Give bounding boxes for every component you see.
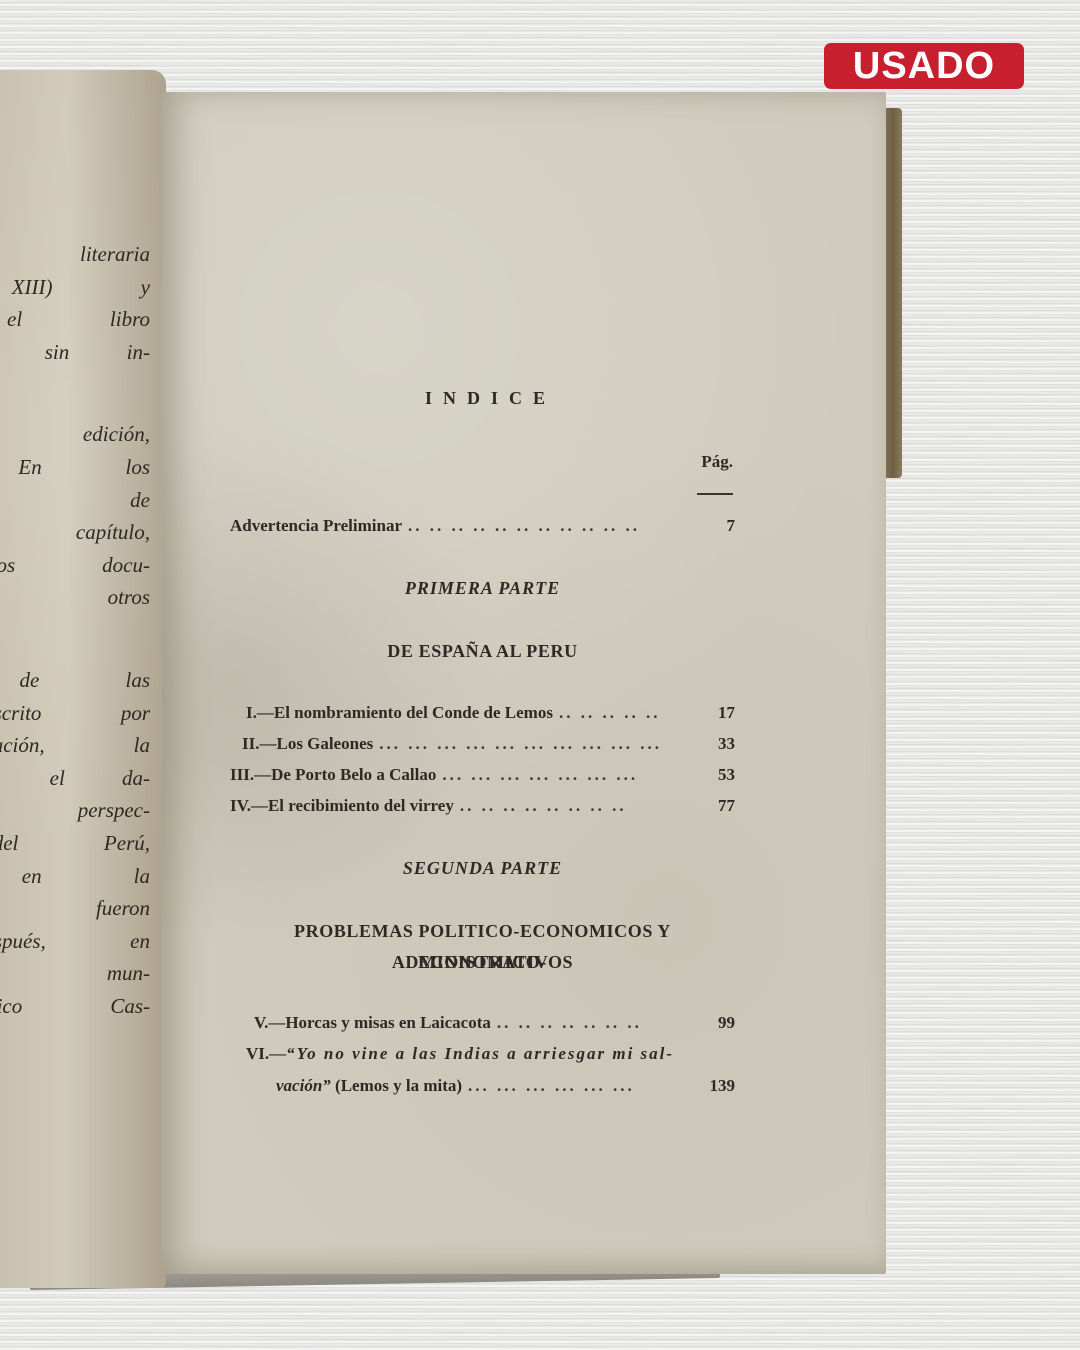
toc-entry-label: Advertencia Preliminar: [230, 516, 402, 536]
left-page-line: de Lemos, sin in-: [0, 336, 150, 369]
toc-entry-label: V.—Horcas y misas en Laicacota: [254, 1013, 491, 1033]
toc-page-number: 17: [705, 703, 735, 723]
toc-entry-label: vación” (Lemos y la mita): [276, 1076, 462, 1096]
paragraph-gap: [0, 614, 150, 664]
toc-entry-label: I.—El nombramiento del Conde de Lemos: [246, 703, 553, 723]
index-title: INDICE: [230, 388, 743, 409]
left-page-text: ctividad literaria Capítulo XIII) y Term…: [0, 238, 150, 1022]
toc-page-number: 99: [705, 1013, 735, 1033]
toc-entry-label: VI.—“Yo no vine a las Indias a arriesgar…: [246, 1044, 674, 1064]
part-title-segunda: SEGUNDA PARTE: [230, 858, 735, 879]
left-page-line: lo alternar el da-: [0, 762, 150, 795]
left-page-line: ográficas. En los: [0, 451, 150, 484]
toc-leader-dots: .. .. .. .. ..: [553, 703, 705, 723]
part-title-primera: PRIMERA PARTE: [230, 578, 735, 599]
toc-entry-label: IV.—El recibimiento del virrey: [230, 796, 454, 816]
toc-entry-chapter-5: V.—Horcas y misas en Laicacota .. .. .. …: [230, 1013, 735, 1033]
left-page-line: ctividad literaria: [0, 238, 150, 271]
toc-entry-chapter-3: III.—De Porto Belo a Callao ... ... ... …: [230, 765, 735, 785]
toc-entry-preliminary: Advertencia Preliminar .. .. .. .. .. ..…: [230, 516, 735, 536]
toc-leader-dots: .. .. .. .. .. .. .. ..: [454, 796, 705, 816]
paragraph-gap: [0, 368, 150, 418]
left-page-line: presente edición,: [0, 418, 150, 451]
left-page-line: aberlo escrito por: [0, 697, 150, 730]
toc-leader-dots: ... ... ... ... ... ... ... ... ... ...: [373, 734, 705, 754]
toc-page-number: 7: [705, 516, 735, 536]
left-page-line: s, Américo Cas-: [0, 990, 150, 1023]
section-title-problemas-line2: ADMINISTRATIVOS: [230, 947, 735, 978]
page-header-rule: [697, 493, 733, 495]
left-page-line: Capítulo XIII) y: [0, 271, 150, 304]
toc-page-number: 33: [705, 734, 735, 754]
toc-entry-chapter-6-line2: vación” (Lemos y la mita) ... ... ... ..…: [230, 1076, 735, 1096]
chapter-quote-title: “Yo no vine a las Indias a arriesgar mi …: [286, 1044, 674, 1063]
toc-entry-chapter-1: I.—El nombramiento del Conde de Lemos ..…: [230, 703, 735, 723]
left-page-line: la narración, la: [0, 729, 150, 762]
toc-leader-dots: ... ... ... ... ... ... ...: [436, 765, 705, 785]
toc-leader-dots: .. .. .. .. .. .. .. .. .. .. ..: [402, 516, 705, 536]
chapter-number: VI.—: [246, 1044, 286, 1063]
toc-entry-label: III.—De Porto Belo a Callao: [230, 765, 436, 785]
chapter-subtitle: (Lemos y la mita): [331, 1076, 462, 1095]
left-page-line: nerosidad de las: [0, 664, 150, 697]
left-page-line: años después, en: [0, 925, 150, 958]
left-page: ctividad literaria Capítulo XIII) y Term…: [0, 70, 166, 1288]
page-column-header: Pág.: [701, 452, 733, 472]
left-page-line: nación del Perú,: [0, 827, 150, 860]
left-page-line: de una perspec-: [0, 794, 150, 827]
left-page-line: Termina el libro: [0, 303, 150, 336]
toc-entry-chapter-4: IV.—El recibimiento del virrey .. .. .. …: [230, 796, 735, 816]
toc-entry-chapter-6-line1: VI.—“Yo no vine a las Indias a arriesgar…: [230, 1044, 735, 1064]
section-title-espana-peru: DE ESPAÑA AL PERU: [230, 636, 735, 667]
left-page-line: su vez, fueron: [0, 892, 150, 925]
toc-leader-dots: .. .. .. .. .. .. ..: [491, 1013, 705, 1033]
left-page-line: eliminado otros: [0, 581, 150, 614]
toc-page-number: 53: [705, 765, 735, 785]
right-page: [162, 92, 886, 1274]
chapter-quote-title-cont: vación”: [276, 1076, 331, 1095]
left-page-line: ulo por capítulo,: [0, 516, 150, 549]
left-page-line: nos pocos docu-: [0, 549, 150, 582]
left-page-line: enumeración de: [0, 484, 150, 517]
toc-entry-label: II.—Los Galeones: [242, 734, 373, 754]
toc-page-number: 139: [705, 1076, 735, 1096]
toc-page-number: 77: [705, 796, 735, 816]
used-condition-badge: USADO: [824, 43, 1024, 89]
left-page-line: gnificación mun-: [0, 957, 150, 990]
left-page-line: ayudaron en la: [0, 860, 150, 893]
toc-entry-chapter-2: II.—Los Galeones ... ... ... ... ... ...…: [230, 734, 735, 754]
toc-leader-dots: ... ... ... ... ... ...: [462, 1076, 705, 1096]
